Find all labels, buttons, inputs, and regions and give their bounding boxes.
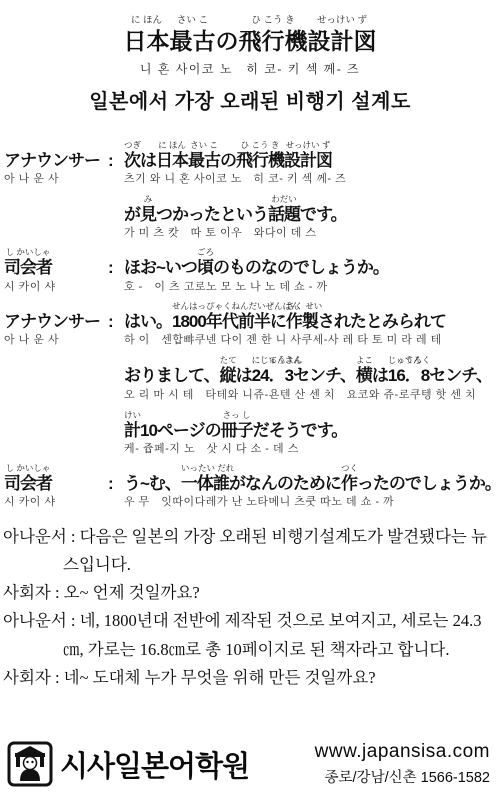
dialogue-row: し かいしゃ司会者시 카이 샤: う~む、いったい だれ一体誰 がなんのためにつ… (4, 461, 498, 509)
colon: : (108, 245, 124, 278)
furigana-text: み (140, 194, 156, 204)
furigana-text: さっ し (221, 410, 253, 420)
translation-text: 네, 1800년대 전반에 제작된 것으로 보여지고, 세로는 24.3㎝, 가… (63, 611, 481, 658)
footer: 시사일본어학원 www.japansisa.com 종로/강남/신촌 1566-… (0, 741, 500, 787)
speaker-name-japanese: し かいしゃ司会者 (4, 245, 108, 278)
speaker-name-japanese: アナウンサー (4, 299, 108, 332)
pronunciation-line: 우 무 잇따이다레가 난 노타메니 츠쿳 따노 데 쇼 - 까 (124, 496, 498, 509)
pronunciation-line: 케- 쥽페-지 노 삿 시 다 소 - 데 스 (124, 443, 498, 456)
dialogue-line: けい計 10ページのさっ し冊子 だそうです。케- 쥽페-지 노 삿 시 다 소… (124, 408, 498, 456)
translation-row: 사회자 : 네~ 도대체 누가 무엇을 위해 만든 것일까요? (3, 664, 496, 692)
dialogue-content: ほお~いつごろ頃 のものなのでしょうか。호 - 이 츠 고로노 모 노 나 노 … (124, 245, 498, 293)
furigana-text (318, 301, 446, 311)
furigana-text: せっけい ず (284, 140, 332, 150)
dialogue-line: つぎ次 はに ほん日本さい こ最古 のひ こう き飛行機せっけい ず設計図츠기 … (124, 138, 498, 186)
speaker-pronunciation: 아 나 운 사 (4, 334, 108, 347)
furigana-text (270, 301, 286, 311)
furigana-text: せっけい ず (308, 16, 377, 26)
title-korean-translation: 일본에서 가장 오래된 비행기 설계도 (0, 85, 500, 114)
furigana-text (229, 463, 341, 473)
furigana-text: ごろ (197, 247, 213, 257)
dialogue-line: ほお~いつごろ頃 のものなのでしょうか。호 - 이 츠 고로노 모 노 나 노 … (124, 245, 498, 293)
furigana-text: てん (405, 355, 421, 365)
furigana-text: わだい (268, 194, 300, 204)
speaker: アナウンサー아 나 운 사 (4, 138, 108, 186)
furigana-text (124, 301, 172, 311)
dialogue-line: はい。せんはっぴゃくねんだいぜんはん1800年代前半 にさく せい作製 されたと… (124, 299, 498, 347)
furigana-text (216, 16, 239, 26)
pronunciation-line: 하 이 센합뺘쿠넨 다이 젠 한 니 사쿠세-사 레 타 토 미 라 레 테 (124, 334, 498, 347)
japanese-text: おりまして、たて縦 はにじゅうよん24てん．さん3 センチ、よこ横 はじゅうろく… (124, 353, 498, 386)
furigana-text (4, 301, 100, 311)
speaker-pronunciation: 시 카이 샤 (4, 496, 108, 509)
furigana-text (4, 140, 100, 150)
translation-row: 아나운서 : 네, 1800년대 전반에 제작된 것으로 보여지고, 세로는 2… (3, 607, 496, 663)
speaker: し かいしゃ司会者시 카이 샤 (4, 245, 108, 293)
furigana-text (220, 140, 236, 150)
korean-translation-section: 아나운서 : 다음은 일본의 가장 오래된 비행기설계도가 발견됐다는 뉴스입니… (0, 523, 500, 691)
furigana-text (156, 194, 268, 204)
japanese-text: う~む、いったい だれ一体誰 がなんのためにつく作 ったのでしょうか。 (124, 461, 498, 494)
scholar-badge-icon (7, 741, 53, 787)
translation-speaker: 사회자 (3, 668, 51, 687)
japanese-text: はい。せんはっぴゃくねんだいぜんはん1800年代前半 にさく せい作製 されたと… (124, 299, 498, 332)
furigana-text: に ほん (124, 16, 170, 26)
dialogue-line: おりまして、たて縦 はにじゅうよん24てん．さん3 センチ、よこ横 はじゅうろく… (124, 353, 498, 401)
furigana-text (124, 355, 220, 365)
dialogue-line: がみ見 つかったというわだい話題 です。가 미 츠 캇 따 토 이우 와다이 데… (124, 192, 498, 240)
pronunciation-line: 호 - 이 츠 고로노 모 노 나 노 데 쇼 - 까 (124, 281, 498, 294)
speaker-name-japanese: し かいしゃ司会者 (4, 461, 108, 494)
speaker-name-japanese: アナウンサー (4, 138, 108, 171)
furigana-text (140, 410, 221, 420)
speaker: し かいしゃ司会者시 카이 샤 (4, 461, 108, 509)
dialogue-row: アナウンサー아 나 운 사: はい。せんはっぴゃくねんだいぜんはん1800年代前… (4, 299, 498, 456)
dialogue-line: う~む、いったい だれ一体誰 がなんのためにつく作 ったのでしょうか。우 무 잇… (124, 461, 498, 509)
furigana-text: じゅうろく (388, 355, 405, 365)
furigana-text: つく (341, 463, 357, 473)
pronunciation-line: 오 리 마 시 테 타테와 니쥬-욘텐 산 센 치 요코와 쥬-로쿠텡 핫 센 … (124, 389, 498, 402)
furigana-text: いったい だれ (181, 463, 229, 473)
japanese-text: けい計 10ページのさっ し冊子 だそうです。 (124, 408, 498, 441)
furigana-text: つぎ (124, 140, 140, 150)
translation-row: 사회자 : 오~ 언제 것일까요? (3, 579, 496, 607)
footer-contact-block: www.japansisa.com 종로/강남/신촌 1566-1582 (315, 741, 490, 787)
furigana-text (124, 463, 181, 473)
furigana-text (236, 355, 252, 365)
academy-name: 시사일본어학원 (60, 744, 249, 785)
translation-speaker: 아나운서 (3, 611, 67, 630)
furigana-text: よこ (356, 355, 372, 365)
japanese-text: がみ見 つかったというわだい話題 です。 (124, 192, 498, 225)
dialogue-section: アナウンサー아 나 운 사:つぎ次 はに ほん日本さい こ最古 のひ こう き飛… (0, 138, 500, 510)
furigana-text: にじゅうよん (252, 355, 269, 365)
japanese-text: つぎ次 はに ほん日本さい こ最古 のひ こう き飛行機せっけい ず設計図 (124, 138, 498, 171)
japanese-text: ほお~いつごろ頃 のものなのでしょうか。 (124, 245, 498, 278)
dialogue-content: う~む、いったい だれ一体誰 がなんのためにつく作 ったのでしょうか。우 무 잇… (124, 461, 498, 509)
pronunciation-line: 츠기 와 니 혼 사이코 노 히 코- 키 섹 께- 즈 (124, 173, 498, 186)
furigana-text (213, 247, 389, 257)
furigana-text: し かいしゃ (4, 463, 52, 473)
furigana-text (253, 410, 348, 420)
speaker: アナウンサー아 나 운 사 (4, 299, 108, 347)
translation-text: 네~ 도대체 누가 무엇을 위해 만든 것일까요? (64, 668, 376, 687)
colon: : (51, 668, 64, 687)
translation-text: 오~ 언제 것일까요? (64, 583, 200, 602)
colon: : (108, 138, 124, 171)
furigana-text: さん (285, 355, 293, 365)
colon: : (108, 299, 124, 332)
furigana-text (300, 194, 347, 204)
colon: : (108, 461, 124, 494)
furigana-text: さく せい (286, 301, 318, 311)
pronunciation-line: 가 미 츠 캇 따 토 이우 와다이 데 스 (124, 227, 498, 240)
furigana-text (124, 194, 140, 204)
colon: : (51, 583, 64, 602)
furigana-text: さい こ (170, 16, 216, 26)
furigana-text: に ほん (156, 140, 188, 150)
furigana-text: さい こ (188, 140, 220, 150)
furigana-text (372, 355, 388, 365)
website-url: www.japansisa.com (315, 741, 490, 763)
colon: : (67, 527, 80, 546)
colon: : (67, 611, 80, 630)
furigana-text: せんはっぴゃくねんだいぜんはん (172, 301, 270, 311)
furigana-text: たて (220, 355, 236, 365)
lesson-sheet: に ほん日本さい こ最古 のひ こう き飛行機せっけい ず設計図 니 혼 사이코… (0, 0, 500, 797)
header: に ほん日本さい こ最古 のひ こう き飛行機せっけい ず設計図 니 혼 사이코… (0, 14, 500, 114)
academy-logo: 시사일본어학원 (7, 741, 249, 787)
furigana-text (140, 140, 156, 150)
translation-speaker: 사회자 (3, 583, 51, 602)
furigana-text: けい (124, 410, 140, 420)
furigana-text (293, 355, 356, 365)
branch-phone-info: 종로/강남/신촌 1566-1582 (315, 766, 490, 787)
dialogue-content: はい。せんはっぴゃくねんだいぜんはん1800年代前半 にさく せい作製 されたと… (124, 299, 498, 456)
furigana-text: し かいしゃ (4, 247, 52, 257)
speaker-pronunciation: 아 나 운 사 (4, 173, 108, 186)
title-pronunciation: 니 혼 사이코 노 히 코- 키 섹 께- 즈 (0, 60, 500, 77)
furigana-text (124, 247, 197, 257)
translation-speaker: 아나운서 (3, 527, 67, 546)
dialogue-content: つぎ次 はに ほん日本さい こ最古 のひ こう き飛行機せっけい ず設計図츠기 … (124, 138, 498, 241)
page-title-japanese: に ほん日本さい こ最古 のひ こう き飛行機せっけい ず設計図 (0, 14, 500, 56)
translation-text: 다음은 일본의 가장 오래된 비행기설계도가 발견됐다는 뉴스입니다. (63, 527, 487, 574)
dialogue-row: し かいしゃ司会者시 카이 샤: ほお~いつごろ頃 のものなのでしょうか。호 -… (4, 245, 498, 293)
furigana-text: てん (269, 355, 285, 365)
translation-row: 아나운서 : 다음은 일본의 가장 오래된 비행기설계도가 발견됐다는 뉴스입니… (3, 523, 496, 579)
furigana-text: ひ こう き (236, 140, 284, 150)
furigana-text (357, 463, 500, 473)
furigana-text (421, 355, 492, 365)
speaker-pronunciation: 시 카이 샤 (4, 281, 108, 294)
furigana-text: ひ こう き (239, 16, 308, 26)
dialogue-row: アナウンサー아 나 운 사:つぎ次 はに ほん日本さい こ最古 のひ こう き飛… (4, 138, 498, 241)
